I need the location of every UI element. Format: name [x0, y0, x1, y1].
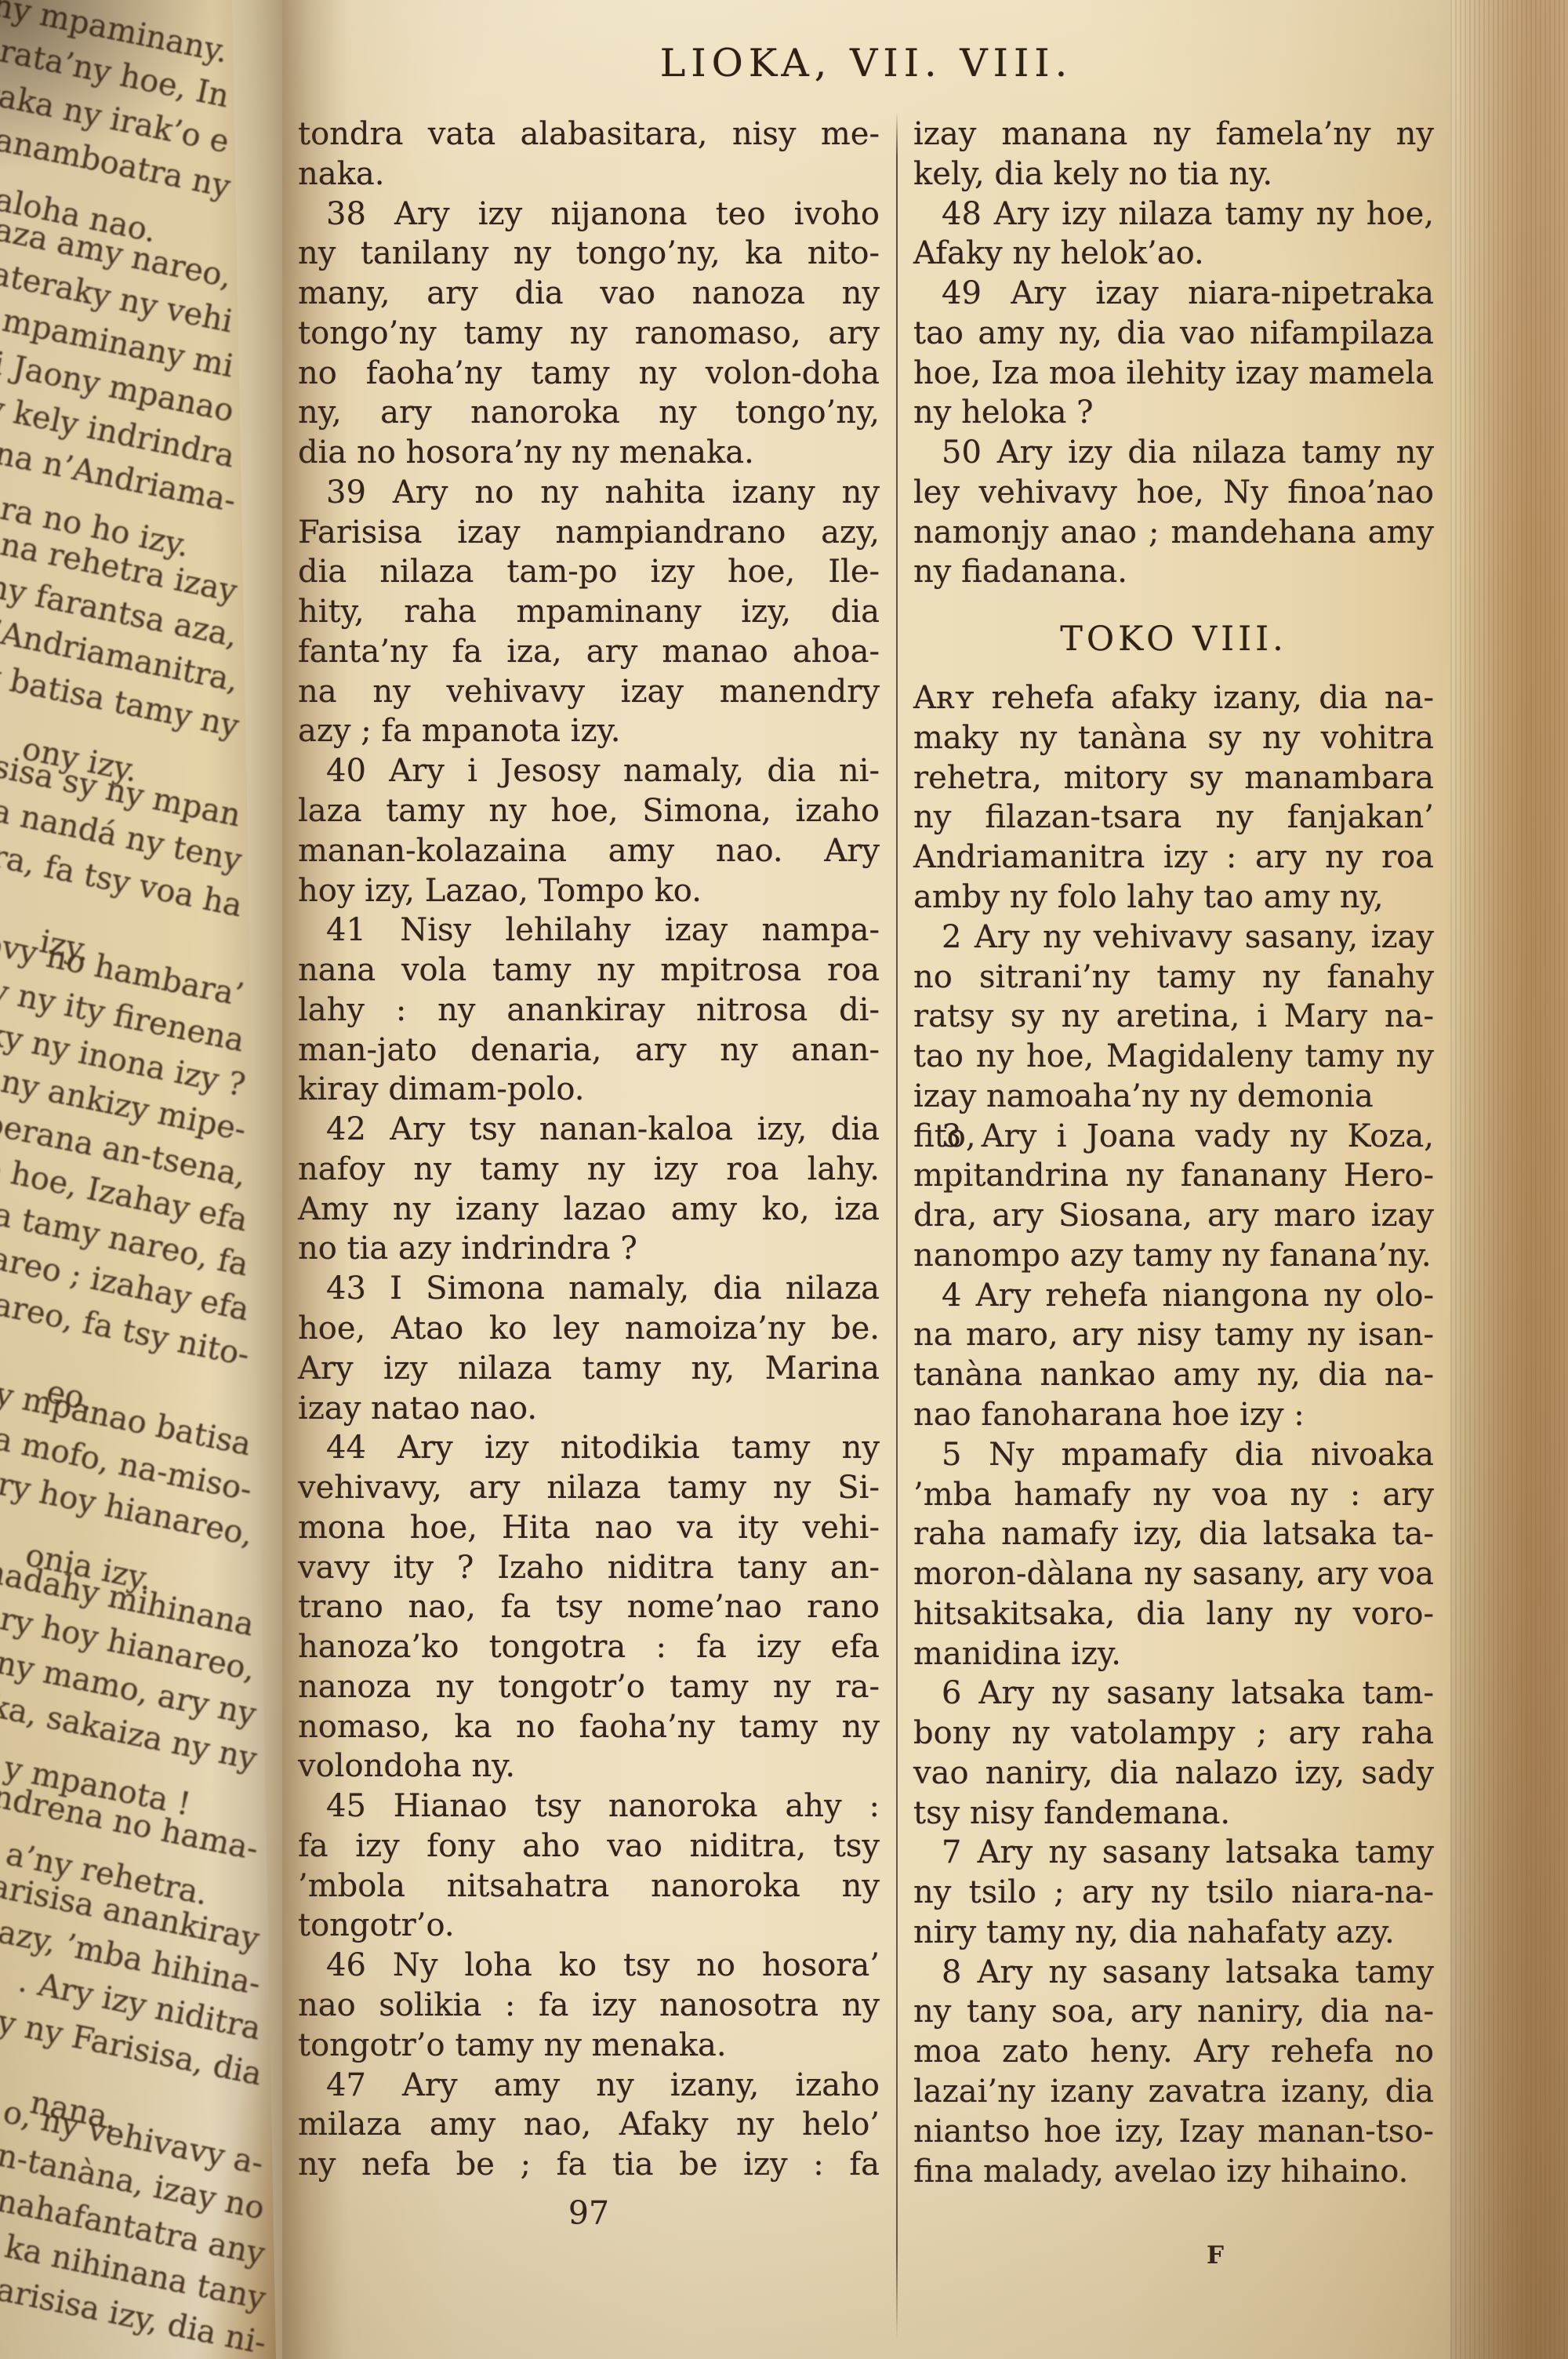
text-line: na ny vehivavy izay manendry	[298, 672, 880, 712]
text-line: 48 Ary izy nilaza tamy ny hoe,	[913, 194, 1434, 234]
text-line: ny tsilo ; ary ny tsilo niara-na-	[913, 1873, 1434, 1913]
text-line: 5 Ny mpamafy dia nivoaka	[913, 1435, 1434, 1475]
running-header: LIOKA, VII. VIII.	[298, 41, 1435, 85]
text-line: hity, raha mpaminany izy, dia	[298, 592, 880, 632]
previous-page-text: ho ny mpaminany.no sorata’ny hoe, Inanir…	[0, 0, 227, 2359]
text-line: 47 Ary amy ny izany, izaho	[298, 2066, 880, 2106]
book-photo: LIOKA, VII. VIII. tondra vata alabasitar…	[0, 0, 1568, 2359]
chapter-heading: TOKO VIII.	[913, 619, 1434, 660]
text-line: ny tany soa, ary naniry, dia na-	[913, 1992, 1434, 2032]
text-line: tondra vata alabasitara, nisy me-	[298, 114, 880, 154]
text-line: fina malady, avelao izy hihaino.	[913, 2152, 1434, 2192]
text-line: Andriamanitra izy : ary ny roa	[913, 838, 1434, 878]
text-line: moa zato heny. Ary rehefa no	[913, 2032, 1434, 2072]
text-line: izay natao nao.	[298, 1389, 880, 1429]
text-line: fanta’ny fa iza, ary manao ahoa-	[298, 632, 880, 672]
text-line: kely, dia kely no tia ny.	[913, 154, 1434, 194]
text-line: nao fanoharana hoe izy :	[913, 1395, 1434, 1435]
previous-page-strip: ho ny mpaminany.no sorata’ny hoe, Inanir…	[0, 0, 290, 2359]
text-line: maky ny tanàna sy ny vohitra	[913, 718, 1434, 758]
text-line: hoe, Iza moa ilehity izay mamela	[913, 354, 1434, 394]
text-line: ny heloka ?	[913, 393, 1434, 433]
text-line: Farisisa izay nampiandrano azy,	[298, 513, 880, 553]
text-line: vehivavy, ary nilaza tamy ny Si-	[298, 1468, 880, 1508]
text-line: Amy ny izany lazao amy ko, iza	[298, 1190, 880, 1230]
text-line: volondoha ny.	[298, 1747, 880, 1787]
text-line: hitsakitsaka, dia lany ny voro-	[913, 1594, 1434, 1634]
text-line: no sitrani’ny tamy ny fanahy	[913, 958, 1434, 998]
text-line: 2 Ary ny vehivavy sasany, izay	[913, 918, 1434, 958]
text-line: nao solikia : fa izy nanosotra ny	[298, 1986, 880, 2026]
text-line: ratsy sy ny aretina, i Mary na-	[913, 997, 1434, 1037]
text-line: 49 Ary izay niara-nipetraka	[913, 274, 1434, 314]
text-line: 44 Ary izy nitodikia tamy ny	[298, 1428, 880, 1468]
text-line: rehetra, mitory sy manambara	[913, 758, 1434, 798]
text-line: 45 Hianao tsy nanoroka ahy :	[298, 1787, 880, 1826]
text-line: tongotr’o tamy ny menaka.	[298, 2026, 880, 2066]
text-line: ny filazan-tsara ny fanjakan’	[913, 798, 1434, 838]
text-line: man-jato denaria, ary ny anan-	[298, 1030, 880, 1070]
text-line: tsy nisy fandemana.	[913, 1794, 1434, 1834]
text-line: 42 Ary tsy nanan-kaloa izy, dia	[298, 1110, 880, 1150]
text-line: hoy izy, Lazao, Tompo ko.	[298, 871, 880, 911]
text-line: Afaky ny helok’ao.	[913, 234, 1434, 274]
text-line: ny, ary nanoroka ny tongo’ny,	[298, 393, 880, 433]
text-line: fa izy fony aho vao niditra, tsy	[298, 1826, 880, 1866]
column-divider-rule	[896, 111, 898, 2340]
text-line: naka.	[298, 154, 880, 194]
text-line: tanàna nankao amy ny, dia na-	[913, 1355, 1434, 1395]
text-line: ’mbola nitsahatra nanoroka ny	[298, 1866, 880, 1906]
text-line: milaza amy nao, Afaky ny helo’	[298, 2105, 880, 2145]
text-line: tongo’ny tamy ny ranomaso, ary	[298, 314, 880, 354]
text-line: izay manana ny famela’ny ny	[913, 114, 1434, 154]
text-line: laza tamy ny hoe, Simona, izaho	[298, 791, 880, 831]
text-line: ley vehivavy hoe, Ny finoa’nao	[913, 473, 1434, 513]
text-line: ’mba hamafy ny voa ny : ary	[913, 1475, 1434, 1515]
main-page: LIOKA, VII. VIII. tondra vata alabasitar…	[282, 0, 1568, 2359]
text-line: moron-dàlana ny sasany, ary voa	[913, 1554, 1434, 1594]
text-line: Ary izy nilaza tamy ny, Marina	[298, 1349, 880, 1389]
text-line: nafoy ny tamy ny izy roa lahy.	[298, 1150, 880, 1190]
right-column-lower-text: Aʀʏ rehefa afaky izany, dia na-maky ny t…	[913, 678, 1434, 2191]
text-line: niantso hoe izy, Izay manan-tso-	[913, 2112, 1434, 2152]
text-line: nanompo azy tamy ny fanana’ny.	[913, 1236, 1434, 1276]
text-line: ny nefa be ; fa tia be izy : fa	[298, 2145, 880, 2185]
text-line: lahy : ny anankiray nitrosa di-	[298, 990, 880, 1030]
text-line: amby ny folo lahy tao amy ny,	[913, 878, 1434, 918]
text-line: 8 Ary ny sasany latsaka tamy	[913, 1953, 1434, 1993]
text-line: azy ; fa mpanota izy.	[298, 711, 880, 751]
text-line: many, ary dia vao nanoza ny	[298, 274, 880, 314]
text-line: hanoza’ko tongotra : fa izy efa	[298, 1627, 880, 1667]
text-line: manidina izy.	[913, 1634, 1434, 1674]
text-line: no faoha’ny tamy ny volon-doha	[298, 354, 880, 394]
text-line: na maro, ary nisy tamy ny isan-	[913, 1315, 1434, 1355]
text-line: mona hoe, Hita nao va ity vehi-	[298, 1508, 880, 1548]
text-line: 40 Ary i Jesosy namaly, dia ni-	[298, 751, 880, 791]
text-line: ny fiadanana.	[913, 552, 1434, 592]
text-line: tao amy ny, dia vao nifampilaza	[913, 314, 1434, 354]
text-line: namonjy anao ; mandehana amy	[913, 513, 1434, 553]
text-line: ny tanilany ny tongo’ny, ka nito-	[298, 234, 880, 274]
text-line: 41 Nisy lehilahy izay nampa-	[298, 911, 880, 951]
text-line: 46 Ny loha ko tsy no hosora’	[298, 1946, 880, 1986]
signature-mark: F	[1184, 2241, 1247, 2270]
text-line: 4 Ary rehefa niangona ny olo-	[913, 1276, 1434, 1316]
text-line: tongotr’o.	[298, 1906, 880, 1946]
text-line: no tia azy indrindra ?	[298, 1229, 880, 1269]
text-line: trano nao, fa tsy nome’nao rano	[298, 1587, 880, 1627]
text-line: dia no hosora’ny ny menaka.	[298, 433, 880, 473]
right-text-column: izay manana ny famela’ny nykely, dia kel…	[913, 114, 1434, 2191]
text-line: niry tamy ny, dia nahafaty azy.	[913, 1913, 1434, 1953]
text-line: dia nilaza tam-po izy hoe, Ile-	[298, 552, 880, 592]
text-line: 3 Ary i Joana vady ny Koza,	[913, 1117, 1434, 1157]
page-fore-edge	[1450, 0, 1568, 2359]
text-line: manan-kolazaina amy nao. Ary	[298, 831, 880, 871]
text-line: 7 Ary ny sasany latsaka tamy	[913, 1833, 1434, 1873]
right-column-upper-text: izay manana ny famela’ny nykely, dia kel…	[913, 114, 1434, 592]
left-text-column: tondra vata alabasitara, nisy me-naka.38…	[298, 114, 880, 2185]
text-line: 6 Ary ny sasany latsaka tam-	[913, 1674, 1434, 1714]
text-line: mpitandrina ny fananany Hero-	[913, 1156, 1434, 1196]
text-line: vao naniry, dia nalazo izy, sady	[913, 1754, 1434, 1794]
text-line: bony ny vatolampy ; ary raha	[913, 1714, 1434, 1754]
text-line: nanoza ny tongotr’o tamy ny ra-	[298, 1667, 880, 1707]
text-line: kiray dimam-polo.	[298, 1070, 880, 1110]
text-line: lazai’ny izany zavatra izany, dia	[913, 2072, 1434, 2112]
text-line: dra, ary Siosana, ary maro izay	[913, 1196, 1434, 1236]
text-line: nana vola tamy ny mpitrosa roa	[298, 951, 880, 990]
text-line: 50 Ary izy dia nilaza tamy ny	[913, 433, 1434, 473]
text-line: 39 Ary no ny nahita izany ny	[298, 473, 880, 513]
text-line: 38 Ary izy nijanona teo ivoho	[298, 194, 880, 234]
text-line: 43 I Simona namaly, dia nilaza	[298, 1269, 880, 1309]
page-number: 97	[298, 2194, 880, 2232]
text-line: Aʀʏ rehefa afaky izany, dia na-	[913, 678, 1434, 718]
text-line: izay namoaha’ny ny demonia fito,	[913, 1077, 1434, 1117]
text-line: vavy ity ? Izaho niditra tany an-	[298, 1548, 880, 1588]
text-line: hoe, Atao ko ley namoiza’ny be.	[298, 1309, 880, 1349]
text-line: raha namafy izy, dia latsaka ta-	[913, 1514, 1434, 1554]
text-line: tao ny hoe, Magidaleny tamy ny	[913, 1037, 1434, 1077]
text-line: nomaso, ka no faoha’ny tamy ny	[298, 1707, 880, 1747]
